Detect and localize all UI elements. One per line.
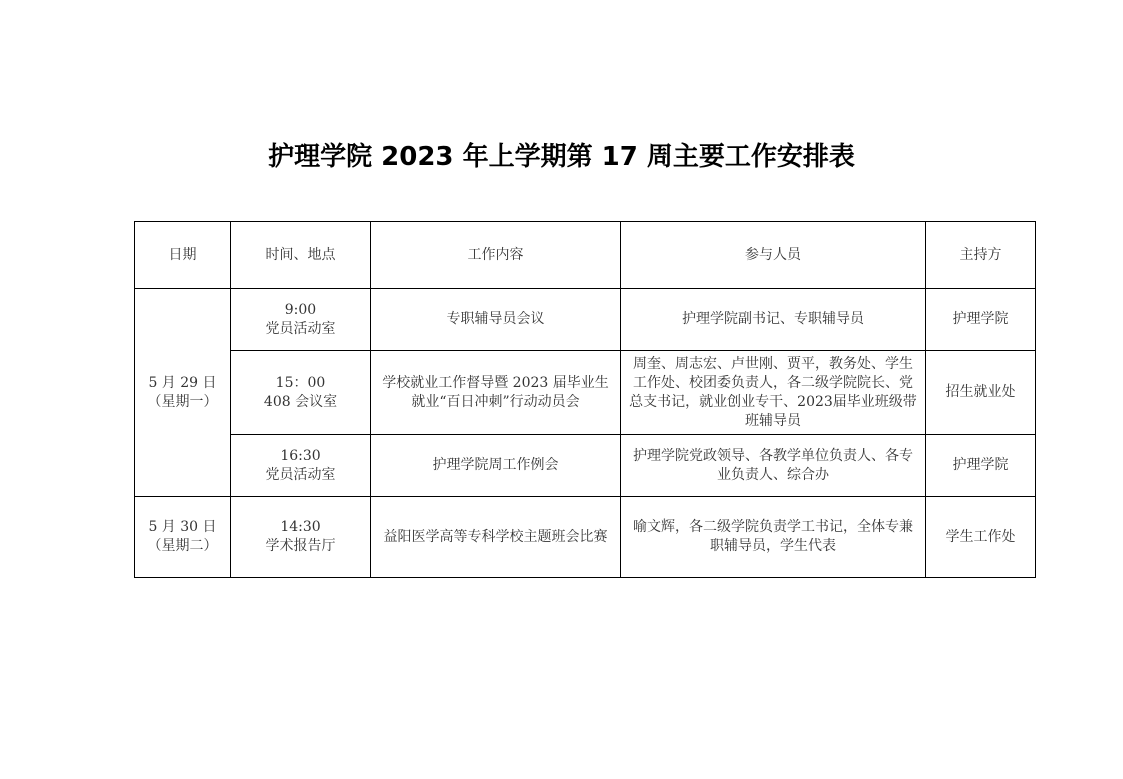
time-place-cell: 15：00 408 会议室 (231, 351, 371, 435)
participants-cell: 护理学院副书记、专职辅导员 (621, 289, 926, 351)
place-text: 学术报告厅 (237, 537, 364, 556)
content-cell: 学校就业工作督导暨 2023 届毕业生就业“百日冲刺”行动动员会 (371, 351, 621, 435)
time-text: 14:30 (237, 518, 364, 537)
date-cell: 5 月 29 日 （星期一） (135, 289, 231, 497)
weekday-text: （星期一） (141, 393, 224, 412)
time-place-cell: 16:30 党员活动室 (231, 435, 371, 497)
header-content: 工作内容 (371, 222, 621, 289)
place-text: 党员活动室 (237, 320, 364, 339)
time-text: 9:00 (237, 301, 364, 320)
place-text: 党员活动室 (237, 466, 364, 485)
participants-cell: 护理学院党政领导、各教学单位负责人、各专业负责人、综合办 (621, 435, 926, 497)
table-row: 5 月 29 日 （星期一） 9:00 党员活动室 专职辅导员会议 护理学院副书… (135, 289, 1036, 351)
content-cell: 专职辅导员会议 (371, 289, 621, 351)
weekday-text: （星期二） (141, 537, 224, 556)
schedule-table: 日期 时间、地点 工作内容 参与人员 主持方 5 月 29 日 （星期一） 9:… (134, 221, 1036, 578)
host-cell: 护理学院 (926, 289, 1036, 351)
content-cell: 益阳医学高等专科学校主题班会比赛 (371, 497, 621, 578)
table-header-row: 日期 时间、地点 工作内容 参与人员 主持方 (135, 222, 1036, 289)
table-row: 15：00 408 会议室 学校就业工作督导暨 2023 届毕业生就业“百日冲刺… (135, 351, 1036, 435)
table-row: 5 月 30 日 （星期二） 14:30 学术报告厅 益阳医学高等专科学校主题班… (135, 497, 1036, 578)
date-text: 5 月 30 日 (141, 518, 224, 537)
time-text: 15：00 (237, 374, 364, 393)
time-place-cell: 14:30 学术报告厅 (231, 497, 371, 578)
participants-cell: 周奎、周志宏、卢世刚、贾平，教务处、学生工作处、校团委负责人，各二级学院院长、党… (621, 351, 926, 435)
place-text: 408 会议室 (237, 393, 364, 412)
participants-cell: 喻文辉，各二级学院负责学工书记，全体专兼职辅导员，学生代表 (621, 497, 926, 578)
host-cell: 学生工作处 (926, 497, 1036, 578)
date-cell: 5 月 30 日 （星期二） (135, 497, 231, 578)
host-cell: 招生就业处 (926, 351, 1036, 435)
host-cell: 护理学院 (926, 435, 1036, 497)
document-title: 护理学院 2023 年上学期第 17 周主要工作安排表 (0, 136, 1123, 173)
table-row: 16:30 党员活动室 护理学院周工作例会 护理学院党政领导、各教学单位负责人、… (135, 435, 1036, 497)
header-participants: 参与人员 (621, 222, 926, 289)
header-time-place: 时间、地点 (231, 222, 371, 289)
time-place-cell: 9:00 党员活动室 (231, 289, 371, 351)
header-host: 主持方 (926, 222, 1036, 289)
time-text: 16:30 (237, 447, 364, 466)
header-date: 日期 (135, 222, 231, 289)
date-text: 5 月 29 日 (141, 374, 224, 393)
content-cell: 护理学院周工作例会 (371, 435, 621, 497)
